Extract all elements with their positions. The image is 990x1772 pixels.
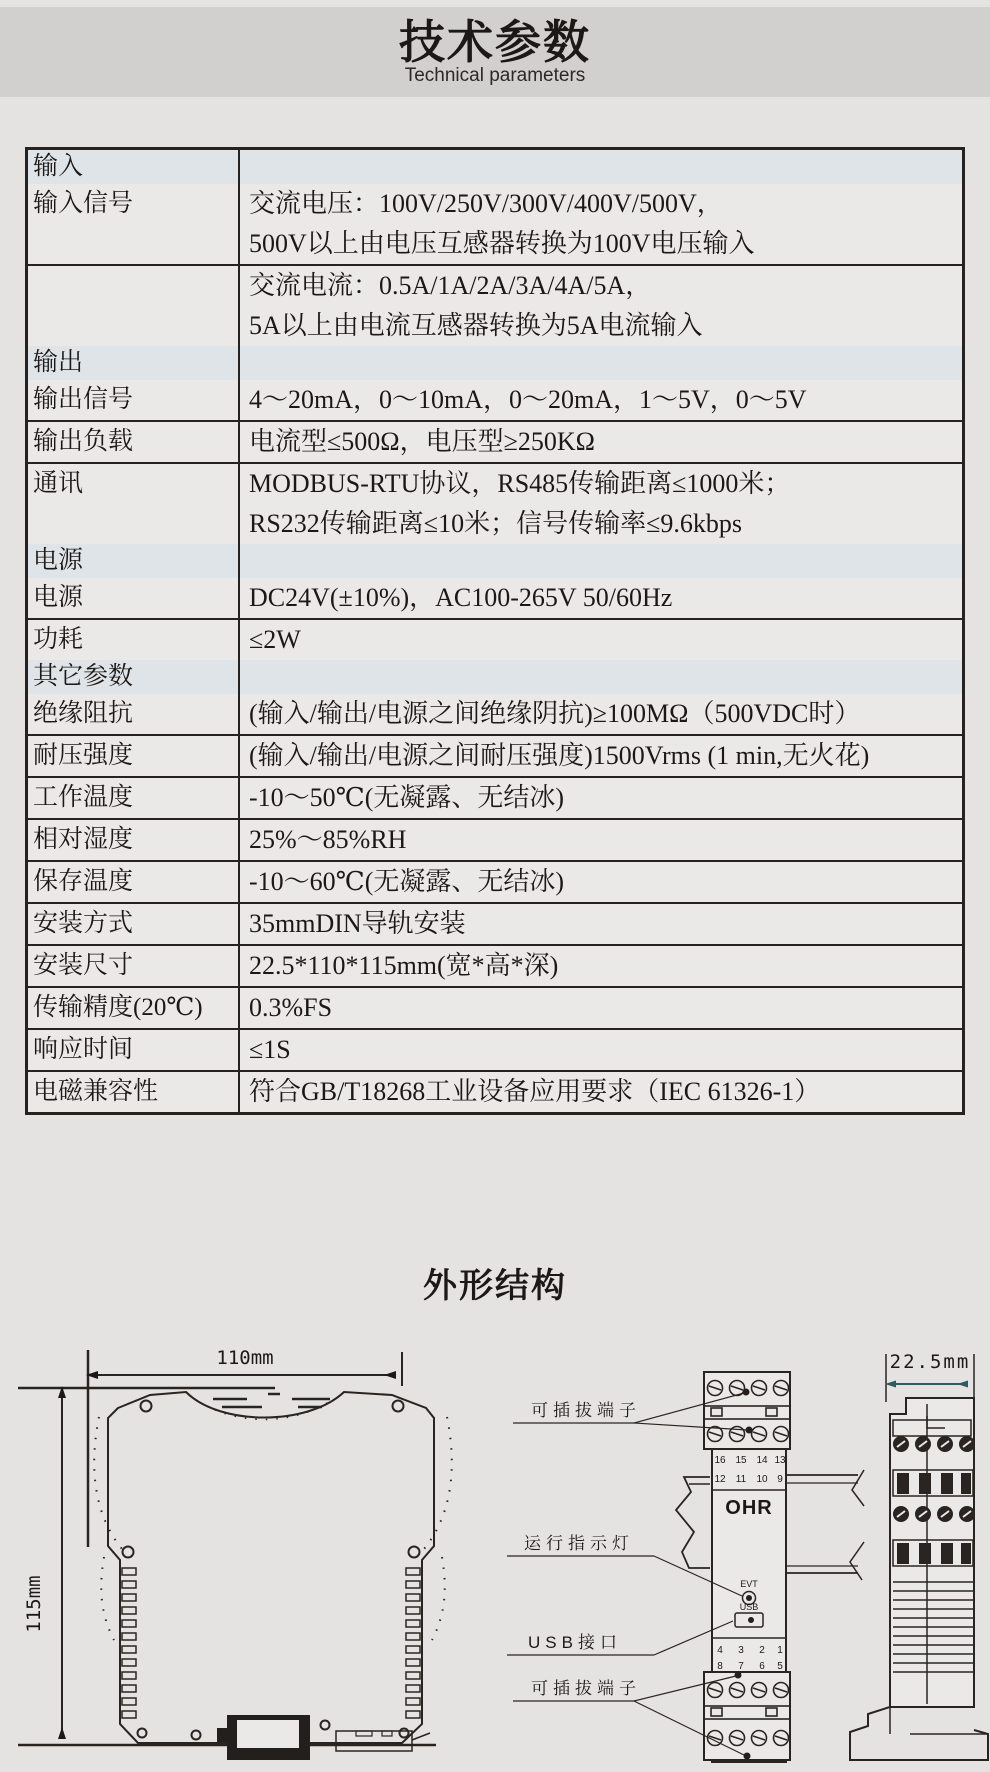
row-label: 耐压强度 <box>28 736 240 776</box>
table-row: 相对湿度25%～85%RH <box>28 818 962 860</box>
row-value: 4～20mA，0～10mA，0～20mA，1～5V，0～5V <box>240 380 962 420</box>
page-title: 技术参数 <box>399 17 591 68</box>
table-row: 交流电流：0.5A/1A/2A/3A/4A/5A，5A以上由电流互感器转换为5A… <box>28 264 962 346</box>
row-label: 工作温度 <box>28 778 240 818</box>
table-row: 耐压强度(输入/输出/电源之间耐压强度)1500Vrms (1 min,无火花) <box>28 734 962 776</box>
row-value: ≤1S <box>240 1030 962 1070</box>
row-value: 电流型≤500Ω，电压型≥250KΩ <box>240 422 962 462</box>
dim-depth-label: 22.5mm <box>890 1351 971 1373</box>
table-row: 输出负载电流型≤500Ω，电压型≥250KΩ <box>28 420 962 462</box>
table-row: 电源DC24V(±10%)，AC100-265V 50/60Hz <box>28 578 962 618</box>
row-value: DC24V(±10%)，AC100-265V 50/60Hz <box>240 578 962 618</box>
table-row: 传输精度(20℃)0.3%FS <box>28 986 962 1028</box>
table-row: 电磁兼容性符合GB/T18268工业设备应用要求（IEC 61326-1） <box>28 1070 962 1112</box>
side-view-right <box>850 1354 988 1760</box>
terminal-number-red: 7 <box>738 1661 744 1672</box>
dim-height-label: 115mm <box>23 1575 45 1632</box>
row-value: -10～50℃(无凝露、无结冰) <box>240 778 962 818</box>
spec-table-body: 输入输入信号交流电压：100V/250V/300V/400V/500V，500V… <box>28 150 962 1112</box>
terminal-number: 4 <box>717 1645 723 1656</box>
row-value <box>240 544 962 578</box>
usb-label: USB <box>740 1602 759 1612</box>
table-row: 输出信号4～20mA，0～10mA，0～20mA，1～5V，0～5V <box>28 380 962 420</box>
terminal-number-red: 8 <box>717 1661 723 1672</box>
row-value: MODBUS-RTU协议，RS485传输距离≤1000米；RS232传输距离≤1… <box>240 464 962 544</box>
row-label: 绝缘阻抗 <box>28 694 240 734</box>
row-label: 保存温度 <box>28 862 240 902</box>
row-value <box>240 346 962 380</box>
terminal-number: 3 <box>738 1645 744 1656</box>
table-section-row: 输入 <box>28 150 962 184</box>
outline-structure-title: 外形结构 <box>0 1258 990 1307</box>
header-band: 技术参数 Technical parameters <box>0 7 990 97</box>
row-label: 功耗 <box>28 620 240 660</box>
row-label: 电源 <box>28 544 240 578</box>
row-value: ≤2W <box>240 620 962 660</box>
terminal-number: 14 <box>756 1455 768 1466</box>
side-view-drawing <box>18 1350 452 1760</box>
table-section-row: 电源 <box>28 544 962 578</box>
terminal-number: 13 <box>774 1455 786 1466</box>
row-label: 响应时间 <box>28 1030 240 1070</box>
row-value: (输入/输出/电源之间耐压强度)1500Vrms (1 min,无火花) <box>240 736 962 776</box>
row-label: 电磁兼容性 <box>28 1072 240 1112</box>
table-row: 绝缘阻抗(输入/输出/电源之间绝缘阴抗)≥100MΩ（500VDC时） <box>28 694 962 734</box>
row-value: -10～60℃(无凝露、无结冰) <box>240 862 962 902</box>
dim-width-label: 110mm <box>216 1347 273 1369</box>
terminal-number: 6 <box>759 1661 765 1672</box>
label-run-led: 运行指示灯 <box>524 1534 634 1553</box>
terminal-number: 11 <box>736 1474 747 1485</box>
terminal-number: 2 <box>759 1645 765 1656</box>
table-row: 工作温度-10～50℃(无凝露、无结冰) <box>28 776 962 818</box>
row-value: 交流电压：100V/250V/300V/400V/500V，500V以上由电压互… <box>240 184 962 264</box>
row-label: 安装方式 <box>28 904 240 944</box>
row-value: 25%～85%RH <box>240 820 962 860</box>
outline-drawings: 110mm 115mm <box>0 1342 990 1772</box>
terminal-number: 9 <box>777 1474 783 1485</box>
table-row: 保存温度-10～60℃(无凝露、无结冰) <box>28 860 962 902</box>
table-section-row: 其它参数 <box>28 660 962 694</box>
label-usb-port: USB接口 <box>528 1633 622 1652</box>
row-label: 输出 <box>28 346 240 380</box>
terminal-number: 10 <box>756 1474 768 1485</box>
row-value <box>240 660 962 694</box>
row-label: 相对湿度 <box>28 820 240 860</box>
row-label: 安装尺寸 <box>28 946 240 986</box>
terminal-number: 16 <box>714 1455 726 1466</box>
row-value: 交流电流：0.5A/1A/2A/3A/4A/5A，5A以上由电流互感器转换为5A… <box>240 266 962 346</box>
page-subtitle: Technical parameters <box>405 65 586 87</box>
table-row: 功耗≤2W <box>28 618 962 660</box>
table-row: 响应时间≤1S <box>28 1028 962 1070</box>
terminal-number: 12 <box>714 1474 726 1485</box>
row-value <box>240 150 962 184</box>
table-row: 输入信号交流电压：100V/250V/300V/400V/500V，500V以上… <box>28 184 962 264</box>
table-row: 安装方式35mmDIN导轨安装 <box>28 902 962 944</box>
row-label <box>28 266 240 346</box>
table-row: 通讯MODBUS-RTU协议，RS485传输距离≤1000米；RS232传输距离… <box>28 462 962 544</box>
row-label: 输出信号 <box>28 380 240 420</box>
table-row: 安装尺寸22.5*110*115mm(宽*高*深) <box>28 944 962 986</box>
row-label: 输入信号 <box>28 184 240 264</box>
row-label: 通讯 <box>28 464 240 544</box>
row-label: 输出负载 <box>28 422 240 462</box>
row-value: 35mmDIN导轨安装 <box>240 904 962 944</box>
row-label: 其它参数 <box>28 660 240 694</box>
front-view-module <box>704 1372 790 1762</box>
brand-logo: OHR <box>725 1497 772 1519</box>
row-value: 0.3%FS <box>240 988 962 1028</box>
row-label: 传输精度(20℃) <box>28 988 240 1028</box>
evt-label: EVT <box>740 1579 758 1589</box>
terminal-number: 15 <box>735 1455 747 1466</box>
row-label: 输入 <box>28 150 240 184</box>
row-value: 符合GB/T18268工业设备应用要求（IEC 61326-1） <box>240 1072 962 1112</box>
terminal-number: 5 <box>777 1661 783 1672</box>
row-value: (输入/输出/电源之间绝缘阴抗)≥100MΩ（500VDC时） <box>240 694 962 734</box>
row-value: 22.5*110*115mm(宽*高*深) <box>240 946 962 986</box>
spec-table: 输入输入信号交流电压：100V/250V/300V/400V/500V，500V… <box>25 147 965 1115</box>
terminal-number: 1 <box>777 1645 783 1656</box>
table-section-row: 输出 <box>28 346 962 380</box>
label-terminals-top: 可插拔端子 <box>531 1401 641 1420</box>
label-terminals-bottom: 可插拔端子 <box>531 1679 641 1698</box>
row-label: 电源 <box>28 578 240 618</box>
